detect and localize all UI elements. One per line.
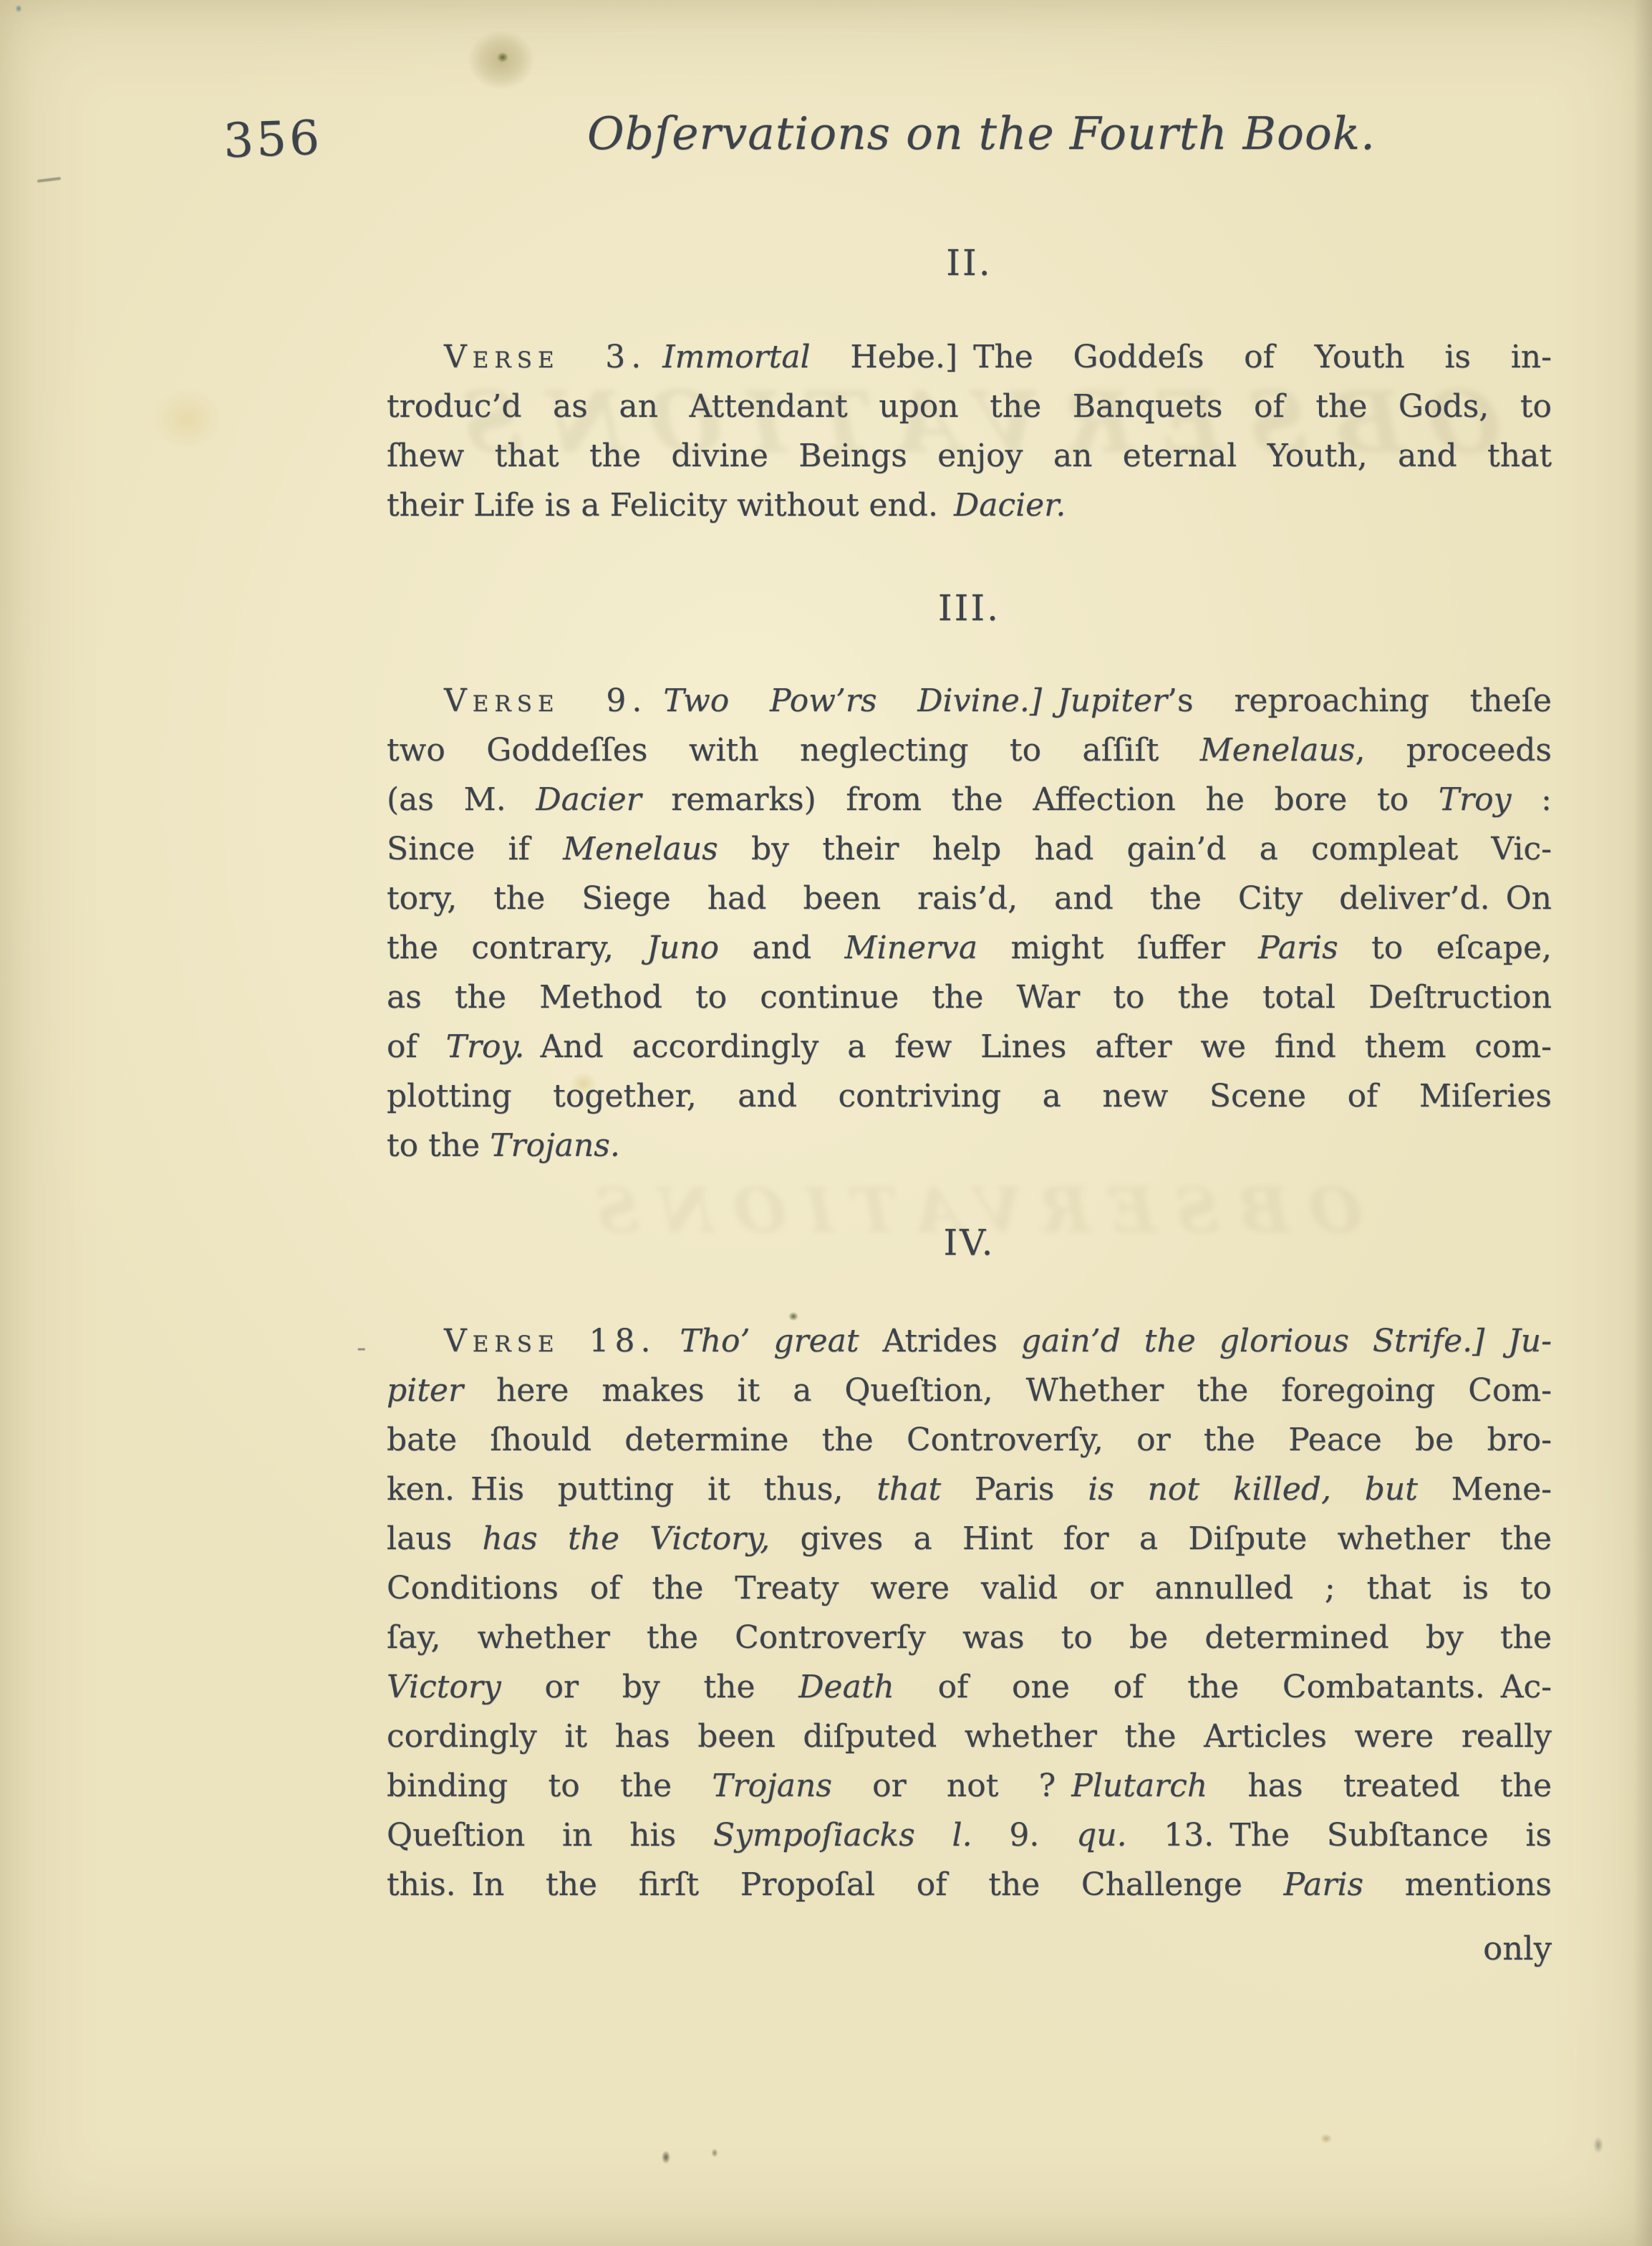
- text-segment: 9.: [972, 1817, 1076, 1854]
- text-line: of Troy. And accordingly a few Lines aft…: [387, 1022, 1552, 1071]
- text-segment: that: [876, 1471, 941, 1508]
- text-line: (as M. Dacier remarks) from the Affectio…: [387, 775, 1552, 824]
- text-segment: Verse 3.: [444, 339, 647, 375]
- text-line: two Goddeſſes with neglecting to aſſiſt …: [387, 726, 1552, 775]
- text-segment: Minerva: [845, 930, 978, 966]
- text-segment: Dacier.: [954, 487, 1066, 524]
- text-segment: of: [387, 1028, 446, 1065]
- text-segment: Sympoſiacks l.: [713, 1817, 972, 1854]
- pencil-mark: [37, 177, 61, 183]
- book-page-scan: OBSERVATIONS OBSERVATIONS 356 Obſervatio…: [0, 0, 1652, 2246]
- text-segment: gain’d the glorious Strife.] Ju-: [1021, 1323, 1552, 1359]
- text-segment: Paris: [1284, 1866, 1364, 1903]
- text-segment: Queſtion in his: [387, 1817, 713, 1854]
- text-segment: laus: [387, 1520, 483, 1557]
- text-segment: remarks) from the Affection he bore to: [642, 781, 1439, 818]
- text-segment: the contrary,: [387, 930, 647, 966]
- text-segment: , proceeds: [1355, 732, 1552, 768]
- text-line: Verse 9. Two Pow’rs Divine.] Jupiter’s r…: [387, 676, 1552, 726]
- text-line: their Life is a Felicity without end. Da…: [387, 481, 1552, 530]
- text-segment: Verse 18.: [444, 1323, 656, 1359]
- text-line: Verse 18. Tho’ great Atrides gain’d the …: [387, 1316, 1552, 1366]
- text-segment: ken. His putting it thus,: [387, 1471, 876, 1508]
- text-line: Since if Menelaus by their help had gain…: [387, 824, 1552, 874]
- text-line: plotting together, and contriving a new …: [387, 1071, 1552, 1121]
- text-line: Victory or by the Death of one of the Co…: [387, 1662, 1552, 1712]
- text-segment: by their help had gain’d a compleat Vic-: [718, 831, 1552, 867]
- text-column: Obſervations on the Fourth Book. II.Vers…: [387, 0, 1552, 1973]
- text-line: ſay, whether the Controverſy was to be d…: [387, 1613, 1552, 1662]
- text-segment: Dacier: [536, 781, 641, 818]
- text-segment: qu.: [1076, 1817, 1127, 1854]
- margin-mark: -: [357, 1324, 367, 1373]
- text-line: to the Trojans.: [387, 1121, 1552, 1170]
- catchword: only: [387, 1924, 1552, 1973]
- text-segment: Conditions of the Treaty were valid or a…: [387, 1570, 1552, 1606]
- text-segment: Menelaus: [1200, 732, 1356, 768]
- text-segment: (as M.: [387, 781, 536, 818]
- text-segment: [1331, 1471, 1365, 1508]
- text-segment: or not ?: [832, 1768, 1071, 1804]
- text-segment: gives a Hint for a Diſpute whether the: [770, 1520, 1552, 1557]
- text-segment: Paris: [941, 1471, 1088, 1508]
- text-line: binding to the Trojans or not ? Plutarch…: [387, 1761, 1552, 1811]
- text-segment: ſay, whether the Controverſy was to be d…: [387, 1619, 1552, 1656]
- text-segment: Death: [798, 1669, 894, 1705]
- text-segment: troduc’d as an Attendant upon the Banque…: [387, 388, 1552, 425]
- text-segment: tory, the Siege had been rais’d, and the…: [387, 880, 1552, 917]
- text-segment: Verse 9.: [444, 683, 647, 719]
- text-line: laus has the Victory, gives a Hint for a…: [387, 1514, 1552, 1563]
- text-segment: two Goddeſſes with neglecting to aſſiſt: [387, 732, 1200, 768]
- text-segment: plotting together, and contriving a new …: [387, 1078, 1552, 1114]
- text-line: Conditions of the Treaty were valid or a…: [387, 1563, 1552, 1613]
- text-segment: as the Method to continue the War to the…: [387, 979, 1552, 1016]
- text-segment: Juno: [647, 930, 719, 966]
- text-segment: here makes it a Queſtion, Whether the fo…: [463, 1372, 1552, 1409]
- text-segment: and: [719, 930, 844, 966]
- text-segment: Victory: [387, 1669, 501, 1705]
- text-segment: to eſcape,: [1338, 930, 1552, 966]
- text-line: the contrary, Juno and Minerva might ſuf…: [387, 923, 1552, 973]
- text-line: this. In the firſt Propoſal of the Chall…: [387, 1860, 1552, 1909]
- text-segment: Troy: [1439, 781, 1512, 818]
- text-segment: Two Pow’rs Divine.] Jupiter: [647, 683, 1167, 719]
- text-line: Verse 3. Immortal Hebe.] The Goddeſs of …: [387, 332, 1552, 382]
- text-line: as the Method to continue the War to the…: [387, 973, 1552, 1022]
- text-segment: is not killed,: [1088, 1471, 1331, 1508]
- text-segment: binding to the: [387, 1768, 712, 1804]
- text-segment: has treated the: [1207, 1768, 1552, 1804]
- text-segment: Since if: [387, 831, 563, 867]
- text-segment: Mene-: [1418, 1471, 1552, 1508]
- text-line: bate ſhould determine the Controverſy, o…: [387, 1415, 1552, 1465]
- text-line: ſhew that the divine Beings enjoy an ete…: [387, 431, 1552, 481]
- text-segment: ’s reproaching theſe: [1167, 683, 1552, 719]
- text-segment: mentions: [1363, 1866, 1552, 1903]
- text-segment: to the: [387, 1127, 490, 1164]
- text-segment: Trojans.: [490, 1127, 620, 1164]
- text-segment: Tho’ great: [656, 1323, 882, 1359]
- running-title: Obſervations on the Fourth Book.: [387, 105, 1552, 163]
- text-segment: of one of the Combatants. Ac-: [894, 1669, 1552, 1705]
- text-segment: piter: [387, 1372, 463, 1409]
- text-segment: this. In the firſt Propoſal of the Chall…: [387, 1866, 1284, 1903]
- text-segment: Paris: [1258, 930, 1338, 966]
- text-segment: bate ſhould determine the Controverſy, o…: [387, 1422, 1552, 1458]
- scan-edge-shadow: [1633, 0, 1652, 2246]
- section-paragraph: Verse 9. Two Pow’rs Divine.] Jupiter’s r…: [387, 676, 1552, 1170]
- section-heading: IV.: [387, 1220, 1552, 1265]
- section-heading: II.: [387, 241, 1552, 285]
- section-paragraph: Verse 3. Immortal Hebe.] The Goddeſs of …: [387, 332, 1552, 530]
- text-line: troduc’d as an Attendant upon the Banque…: [387, 382, 1552, 431]
- text-segment: Menelaus: [563, 831, 718, 867]
- text-line: ken. His putting it thus, that Paris is …: [387, 1465, 1552, 1514]
- section-heading: III.: [387, 586, 1552, 630]
- page-number: 356: [223, 110, 324, 169]
- text-line: piter here makes it a Queſtion, Whether …: [387, 1366, 1552, 1415]
- text-segment: their Life is a Felicity without end.: [387, 487, 954, 524]
- text-line: cordingly it has been diſputed whether t…: [387, 1712, 1552, 1761]
- text-segment: Hebe.] The Goddeſs of Youth is in-: [850, 339, 1552, 375]
- text-segment: or by the: [501, 1669, 798, 1705]
- text-segment: has the Victory,: [483, 1520, 771, 1557]
- text-segment: Trojans: [712, 1768, 832, 1804]
- text-segment: Plutarch: [1071, 1768, 1207, 1804]
- text-segment: :: [1512, 781, 1552, 818]
- text-segment: 13. The Subſtance is: [1127, 1817, 1552, 1854]
- text-segment: Troy.: [446, 1028, 525, 1065]
- text-segment: Immortal: [647, 339, 850, 375]
- text-segment: And accordingly a few Lines after we fin…: [525, 1028, 1552, 1065]
- text-segment: Atrides: [882, 1323, 1020, 1359]
- text-segment: ſhew that the divine Beings enjoy an ete…: [387, 438, 1552, 474]
- text-column-sections: II.Verse 3. Immortal Hebe.] The Goddeſs …: [387, 241, 1552, 1909]
- text-segment: but: [1365, 1471, 1418, 1508]
- text-segment: cordingly it has been diſputed whether t…: [387, 1718, 1552, 1755]
- text-line: Queſtion in his Sympoſiacks l. 9. qu. 13…: [387, 1811, 1552, 1860]
- section-paragraph: Verse 18. Tho’ great Atrides gain’d the …: [387, 1316, 1552, 1909]
- text-segment: might ſuffer: [977, 930, 1258, 966]
- text-line: tory, the Siege had been rais’d, and the…: [387, 874, 1552, 923]
